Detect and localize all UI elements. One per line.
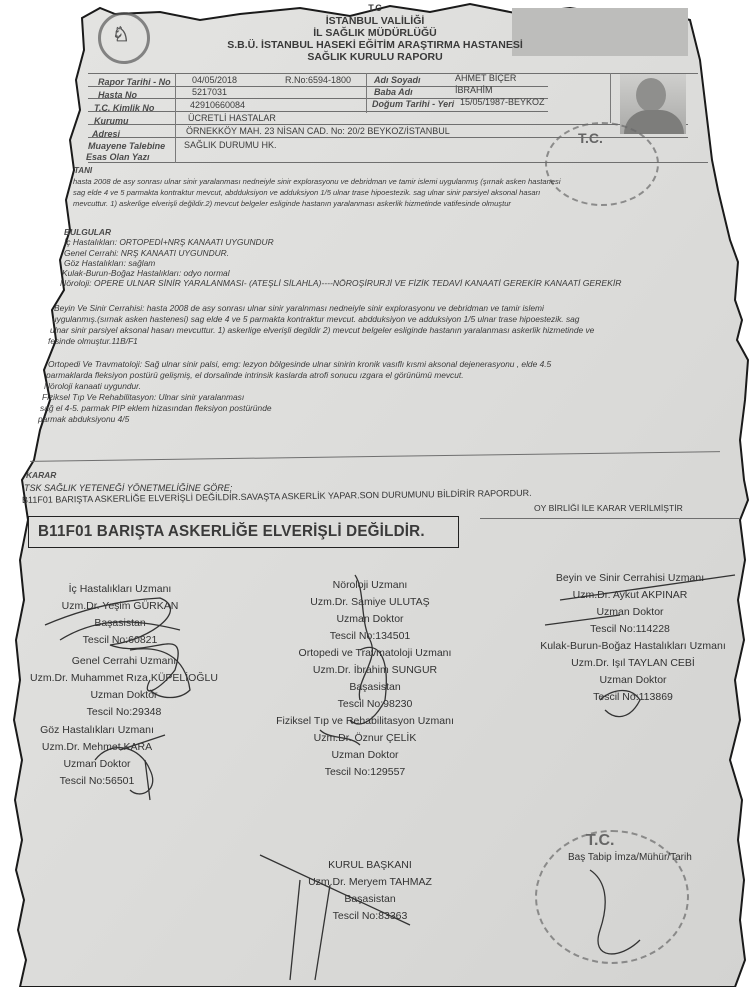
neurosurgery-line-4: fesinde olmuştur.11B/F1 bbox=[48, 336, 138, 346]
finding-general-surgery: Genel Cerrahi: NRŞ KANAATI UYGUNDUR. bbox=[64, 248, 229, 258]
address: ÖRNEKKÖY MAH. 23 NİSAN CAD. No: 20/2 BEY… bbox=[186, 126, 450, 136]
signature-title: Uzman Doktor bbox=[22, 756, 172, 773]
signature-reg: Tescil No:134501 bbox=[270, 628, 470, 645]
birth-label: Doğum Tarihi - Yeri bbox=[372, 99, 454, 109]
signature-reg: Tescil No:129557 bbox=[250, 764, 480, 781]
signature-reg: Tescil No:56501 bbox=[22, 773, 172, 790]
stamp-tc-text-top: T.C. bbox=[578, 130, 603, 146]
chair-reg: Tescil No:83363 bbox=[290, 908, 450, 925]
decision-highlight-text: B11F01 BARIŞTA ASKERLİĞE ELVERİŞLİ DEĞİL… bbox=[38, 523, 425, 541]
health-board-report: ♘ T.C İSTANBUL VALİLİĞİ İL SAĞLIK MÜDÜRL… bbox=[0, 0, 750, 987]
signature-dept: İç Hastalıkları Uzmanı bbox=[20, 581, 220, 598]
report-number: R.No:6594-1800 bbox=[285, 75, 351, 85]
signature-orthopedics: Ortopedi ve Travmatoloji Uzmanı Uzm.Dr. … bbox=[260, 645, 490, 713]
signature-name: Uzm.Dr. Öznur ÇELİK bbox=[250, 730, 480, 747]
signature-title: Uzman Doktor bbox=[250, 747, 480, 764]
diagnosis-line-3: mevcuttur. 1) askerlige elverişli değild… bbox=[73, 199, 511, 208]
address-label: Adresi bbox=[92, 129, 120, 139]
decision-title: KARAR bbox=[26, 470, 56, 480]
signature-dept: Beyin ve Sinir Cerrahisi Uzmanı bbox=[540, 570, 720, 587]
exam-request-label-2: Esas Olan Yazı bbox=[86, 152, 150, 162]
signature-name: Uzm.Dr. Mehmet KARA bbox=[22, 739, 172, 756]
signature-reg: Tescil No:60821 bbox=[20, 632, 220, 649]
patient-no-label: Hasta No bbox=[98, 90, 137, 100]
diagnosis-line-2: sag elde 4 ve 5 parmakta kontraktur mevc… bbox=[73, 188, 540, 197]
signature-physical-therapy: Fiziksel Tıp ve Rehabilitasyon Uzmanı Uz… bbox=[250, 713, 480, 781]
signature-name: Uzm.Dr. Samiye ULUTAŞ bbox=[270, 594, 470, 611]
signature-ent: Kulak-Burun-Boğaz Hastalıkları Uzmanı Uz… bbox=[528, 638, 738, 706]
signature-ophthalmology: Göz Hastalıkları Uzmanı Uzm.Dr. Mehmet K… bbox=[22, 722, 172, 790]
signature-title: Uzman Doktor bbox=[528, 672, 738, 689]
patient-name: AHMET BİÇER bbox=[455, 73, 516, 83]
signature-title: Uzman Doktor bbox=[540, 604, 720, 621]
father-name: İBRAHİM bbox=[455, 85, 493, 95]
header-hospital: S.B.Ü. İSTANBUL HASEKİ EĞİTİM ARAŞTIRMA … bbox=[0, 39, 750, 51]
signature-dept: Nöroloji Uzmanı bbox=[270, 577, 470, 594]
orthopedics-line-2: parmaklarda fleksiyon postürü gelişmiş, … bbox=[46, 370, 464, 380]
neurosurgery-line-1: Beyin Ve Sinir Cerrahisi: hasta 2008 de … bbox=[54, 303, 544, 313]
diagnosis-title: TANI bbox=[74, 166, 92, 175]
signature-dept: Fiziksel Tıp ve Rehabilitasyon Uzmanı bbox=[250, 713, 480, 730]
signature-board-chair: KURUL BAŞKANI Uzm.Dr. Meryem TAHMAZ Başa… bbox=[290, 857, 450, 925]
neurology-opinion: Nöroloji kanaati uygundur. bbox=[44, 381, 141, 391]
findings-title: BULGULAR bbox=[64, 227, 111, 237]
signature-internal-medicine: İç Hastalıkları Uzmanı Uzm.Dr. Yeşim GÜR… bbox=[20, 581, 220, 649]
chief-physician-stamp bbox=[535, 830, 689, 964]
chair-title: KURUL BAŞKANI bbox=[290, 857, 450, 874]
signature-title: Uzman Doktor bbox=[270, 611, 470, 628]
neurosurgery-line-3: ulnar sinir parsiyel aksonal hasarı mevc… bbox=[50, 325, 710, 335]
finding-internal: İç Hastalıkları: ORTOPEDİ+NRŞ KANAATI UY… bbox=[64, 237, 274, 247]
report-date: 04/05/2018 bbox=[192, 75, 237, 85]
chair-role: Başasistan bbox=[290, 891, 450, 908]
signature-dept: Genel Cerrahi Uzmanı bbox=[14, 653, 234, 670]
patient-no: 5217031 bbox=[192, 87, 227, 97]
signature-neurology: Nöroloji Uzmanı Uzm.Dr. Samiye ULUTAŞ Uz… bbox=[270, 577, 470, 645]
signature-reg: Tescil No:98230 bbox=[260, 696, 490, 713]
diagnosis-line-1: hasta 2008 de asy sonrası ulnar sinir ya… bbox=[73, 177, 561, 186]
neurosurgery-line-2: uygulanmış.(sırnak asken hastenesi) sag … bbox=[52, 314, 579, 324]
ftr-line-2: sağ el 4-5. parmak PIP eklem hizasından … bbox=[40, 403, 272, 413]
photo-head bbox=[636, 78, 666, 112]
signature-title: Başasistan bbox=[260, 679, 490, 696]
ftr-line-1: Fiziksel Tıp Ve Rehabilitasyon: Ulnar si… bbox=[42, 392, 244, 402]
birth-info: 15/05/1987-BEYKOZ bbox=[460, 97, 545, 107]
signature-name: Uzm.Dr. Yeşim GÜRKAN bbox=[20, 598, 220, 615]
signature-dept: Göz Hastalıkları Uzmanı bbox=[22, 722, 172, 739]
signature-reg: Tescil No:114228 bbox=[540, 621, 720, 638]
finding-ent: Kulak-Burun-Boğaz Hastalıkları: odyo nor… bbox=[62, 268, 230, 278]
tc-id: 42910660084 bbox=[190, 100, 245, 110]
signature-general-surgery: Genel Cerrahi Uzmanı Uzm.Dr. Muhammet Rı… bbox=[14, 653, 234, 721]
chief-physician-label: Baş Tabip İmza/Mühür/Tarih bbox=[568, 852, 692, 863]
signature-neurosurgery: Beyin ve Sinir Cerrahisi Uzmanı Uzm.Dr. … bbox=[540, 570, 720, 638]
institution: ÜCRETLİ HASTALAR bbox=[188, 113, 276, 123]
signature-title: Başasistan bbox=[20, 615, 220, 632]
signature-dept: Ortopedi ve Travmatoloji Uzmanı bbox=[260, 645, 490, 662]
orthopedics-line-1: Ortopedi Ve Travmatoloji: Sağ ulnar sini… bbox=[48, 359, 551, 369]
finding-neurology: Nöroloji: OPERE ULNAR SİNİR YARALANMASI-… bbox=[60, 278, 710, 288]
finding-eye: Göz Hastalıkları: sağlam bbox=[64, 258, 155, 268]
signature-name: Uzm.Dr. İbrahim SUNGUR bbox=[260, 662, 490, 679]
institution-label: Kurumu bbox=[94, 116, 129, 126]
signature-name: Uzm.Dr. Muhammet Rıza KÜPELİOĞLU bbox=[14, 670, 234, 687]
report-date-label: Rapor Tarihi - No bbox=[98, 77, 171, 87]
header-directorate: İL SAĞLIK MÜDÜRLÜĞÜ bbox=[0, 27, 750, 39]
signature-reg: Tescil No:113869 bbox=[528, 689, 738, 706]
signature-dept: Kulak-Burun-Boğaz Hastalıkları Uzmanı bbox=[528, 638, 738, 655]
stamp-tc-text-bottom: T.C. bbox=[586, 832, 614, 850]
exam-request-label-1: Muayene Talebine bbox=[88, 141, 165, 151]
chair-name: Uzm.Dr. Meryem TAHMAZ bbox=[290, 874, 450, 891]
exam-request: SAĞLIK DURUMU HK. bbox=[184, 140, 277, 150]
name-label: Adı Soyadı bbox=[374, 75, 421, 85]
signature-title: Uzman Doktor bbox=[14, 687, 234, 704]
signature-reg: Tescil No:29348 bbox=[14, 704, 234, 721]
ftr-line-3: parmak abduksiyonu 4/5 bbox=[38, 414, 129, 424]
header-governorship: İSTANBUL VALİLİĞİ bbox=[0, 15, 750, 27]
father-label: Baba Adı bbox=[374, 87, 413, 97]
tc-id-label: T.C. Kimlik No bbox=[94, 103, 154, 113]
signature-name: Uzm.Dr. Aykut AKPINAR bbox=[540, 587, 720, 604]
header-tc: T.C bbox=[0, 3, 750, 13]
signature-name: Uzm.Dr. Işıl TAYLAN CEBİ bbox=[528, 655, 738, 672]
header-report-title: SAĞLIK KURULU RAPORU bbox=[0, 51, 750, 63]
decision-unanimous: OY BİRLİĞİ İLE KARAR VERİLMİŞTİR bbox=[534, 503, 734, 513]
